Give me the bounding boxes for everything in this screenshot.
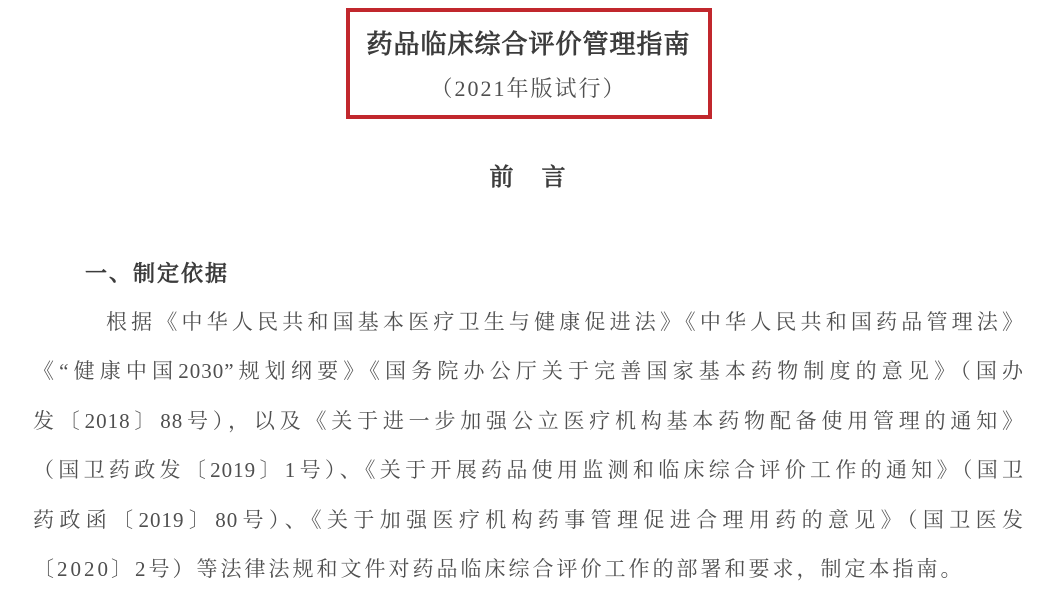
document-subtitle: （2021年版试行）	[358, 76, 700, 101]
section-heading: 一、制定依据	[85, 262, 1057, 286]
body-paragraph: 根据《中华人民共和国基本医疗卫生与健康促进法》《中华人民共和国药品管理法》 《“…	[33, 298, 1024, 595]
paragraph-line-6: 〔2020〕2号）等法律法规和文件对药品临床综合评价工作的部署和要求，制定本指南…	[33, 545, 1024, 595]
paragraph-line-1: 根据《中华人民共和国基本医疗卫生与健康促进法》《中华人民共和国药品管理法》	[33, 298, 1024, 348]
paragraph-line-3: 发〔2018〕88号），以及《关于进一步加强公立医疗机构基本药物配备使用管理的通…	[33, 397, 1024, 447]
paragraph-line-2: 《“健康中国2030”规划纲要》《国务院办公厅关于完善国家基本药物制度的意见》（…	[33, 347, 1024, 397]
document-page: 药品临床综合评价管理指南 （2021年版试行） 前 言 一、制定依据 根据《中华…	[0, 8, 1057, 597]
document-title: 药品临床综合评价管理指南	[358, 30, 700, 60]
preface-heading: 前 言	[0, 165, 1057, 191]
title-box: 药品临床综合评价管理指南 （2021年版试行）	[346, 8, 712, 119]
paragraph-line-5: 药政函〔2019〕80号）、《关于加强医疗机构药事管理促进合理用药的意见》（国卫…	[33, 496, 1024, 546]
paragraph-line-4: （国卫药政发〔2019〕1号）、《关于开展药品使用监测和临床综合评价工作的通知》…	[33, 446, 1024, 496]
